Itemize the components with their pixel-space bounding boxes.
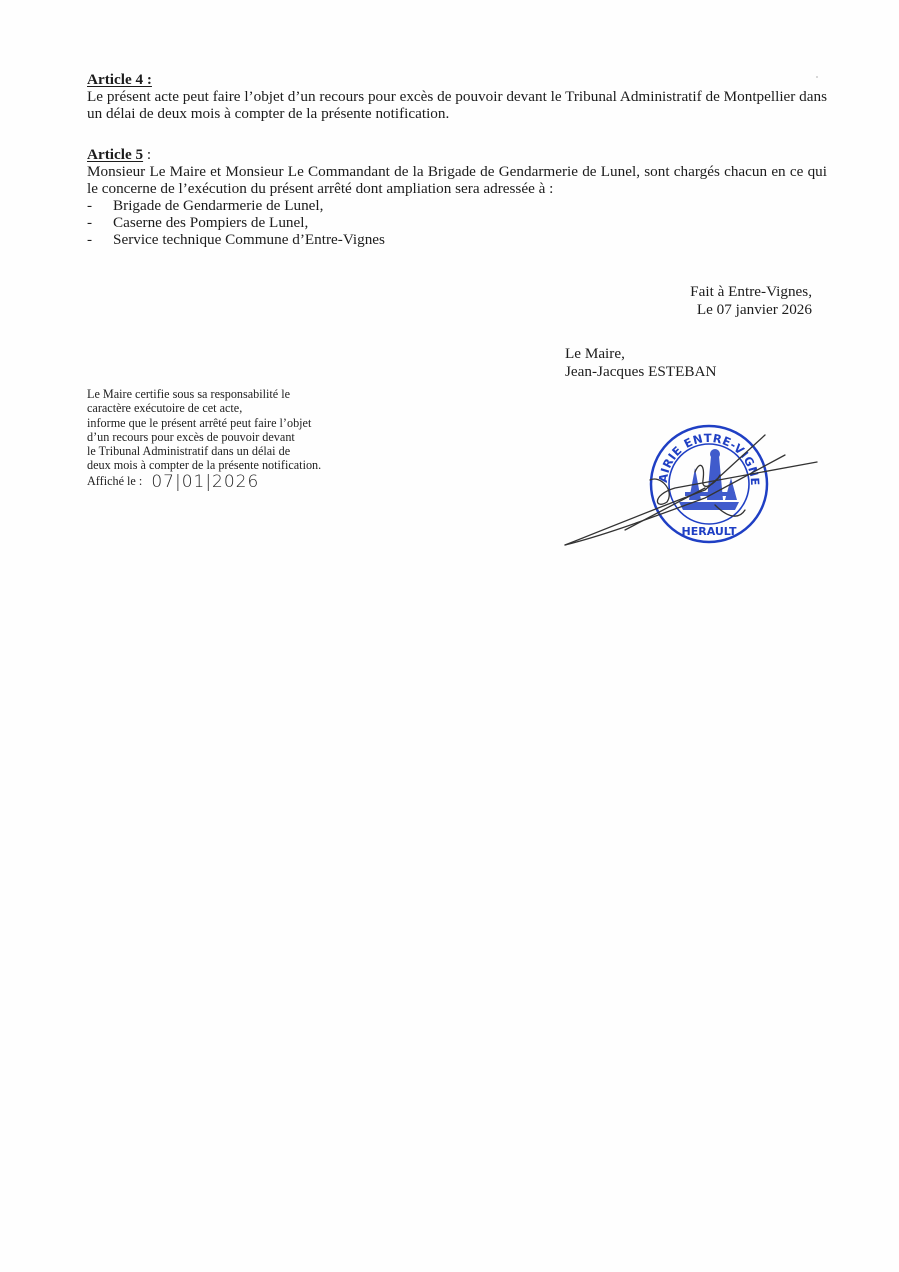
article-4-heading: Article 4 : [87, 71, 827, 88]
cert-line: informe que le présent arrêté peut faire… [87, 416, 387, 430]
recipient-list: -Brigade de Gendarmerie de Lunel, -Caser… [87, 197, 827, 248]
posted-label: Affiché le : [87, 474, 142, 488]
recipient-item: -Brigade de Gendarmerie de Lunel, [87, 197, 827, 214]
stamp-top-text: MAIRIE ENTRE-VIGNES [555, 410, 762, 486]
place-date: Fait à Entre-Vignes, Le 07 janvier 2026 [690, 283, 812, 319]
posted-line: Affiché le : 07|01|2026 [87, 473, 387, 488]
official-stamp-icon: MAIRIE ENTRE-VIGNES HERAULT [555, 410, 825, 560]
svg-text:MAIRIE ENTRE-VIGNES: MAIRIE ENTRE-VIGNES [555, 410, 762, 486]
cert-line: caractère exécutoire de cet acte, [87, 401, 387, 415]
cert-line: Le Maire certifie sous sa responsabilité… [87, 387, 387, 401]
document-page: Article 4 : Le présent acte peut faire l… [0, 0, 899, 1272]
article-5: Article 5 : Monsieur Le Maire et Monsieu… [87, 146, 827, 248]
dash-bullet: - [87, 214, 92, 231]
signatory-title: Le Maire, [565, 345, 716, 363]
article-4-body: Le présent acte peut faire l’objet d’un … [87, 88, 827, 122]
recipient-text: Brigade de Gendarmerie de Lunel, [113, 197, 323, 214]
certification-block: Le Maire certifie sous sa responsabilité… [87, 387, 387, 488]
stamp-and-signature: MAIRIE ENTRE-VIGNES HERAULT [555, 410, 825, 560]
dash-bullet: - [87, 197, 92, 214]
article-5-body: Monsieur Le Maire et Monsieur Le Command… [87, 163, 827, 197]
cert-line: d’un recours pour excès de pouvoir devan… [87, 430, 387, 444]
signatory-name: Jean-Jacques ESTEBAN [565, 363, 716, 381]
article-5-heading-suffix: : [143, 146, 151, 163]
article-4: Article 4 : Le présent acte peut faire l… [87, 71, 827, 122]
place-line: Fait à Entre-Vignes, [690, 283, 812, 301]
handwritten-posted-date: 07|01|2026 [151, 472, 259, 492]
cert-line: deux mois à compter de la présente notif… [87, 458, 387, 472]
stamp-bottom-text: HERAULT [682, 525, 737, 538]
recipient-text: Caserne des Pompiers de Lunel, [113, 214, 308, 231]
recipient-item: -Caserne des Pompiers de Lunel, [87, 214, 827, 231]
article-5-heading-line: Article 5 : [87, 146, 827, 163]
recipient-text: Service technique Commune d’Entre-Vignes [113, 231, 385, 248]
cert-line: le Tribunal Administratif dans un délai … [87, 444, 387, 458]
recipient-item: -Service technique Commune d’Entre-Vigne… [87, 231, 827, 248]
dash-bullet: - [87, 231, 92, 248]
signatory: Le Maire, Jean-Jacques ESTEBAN [565, 345, 716, 381]
article-5-heading: Article 5 [87, 146, 143, 163]
date-line: Le 07 janvier 2026 [690, 301, 812, 319]
